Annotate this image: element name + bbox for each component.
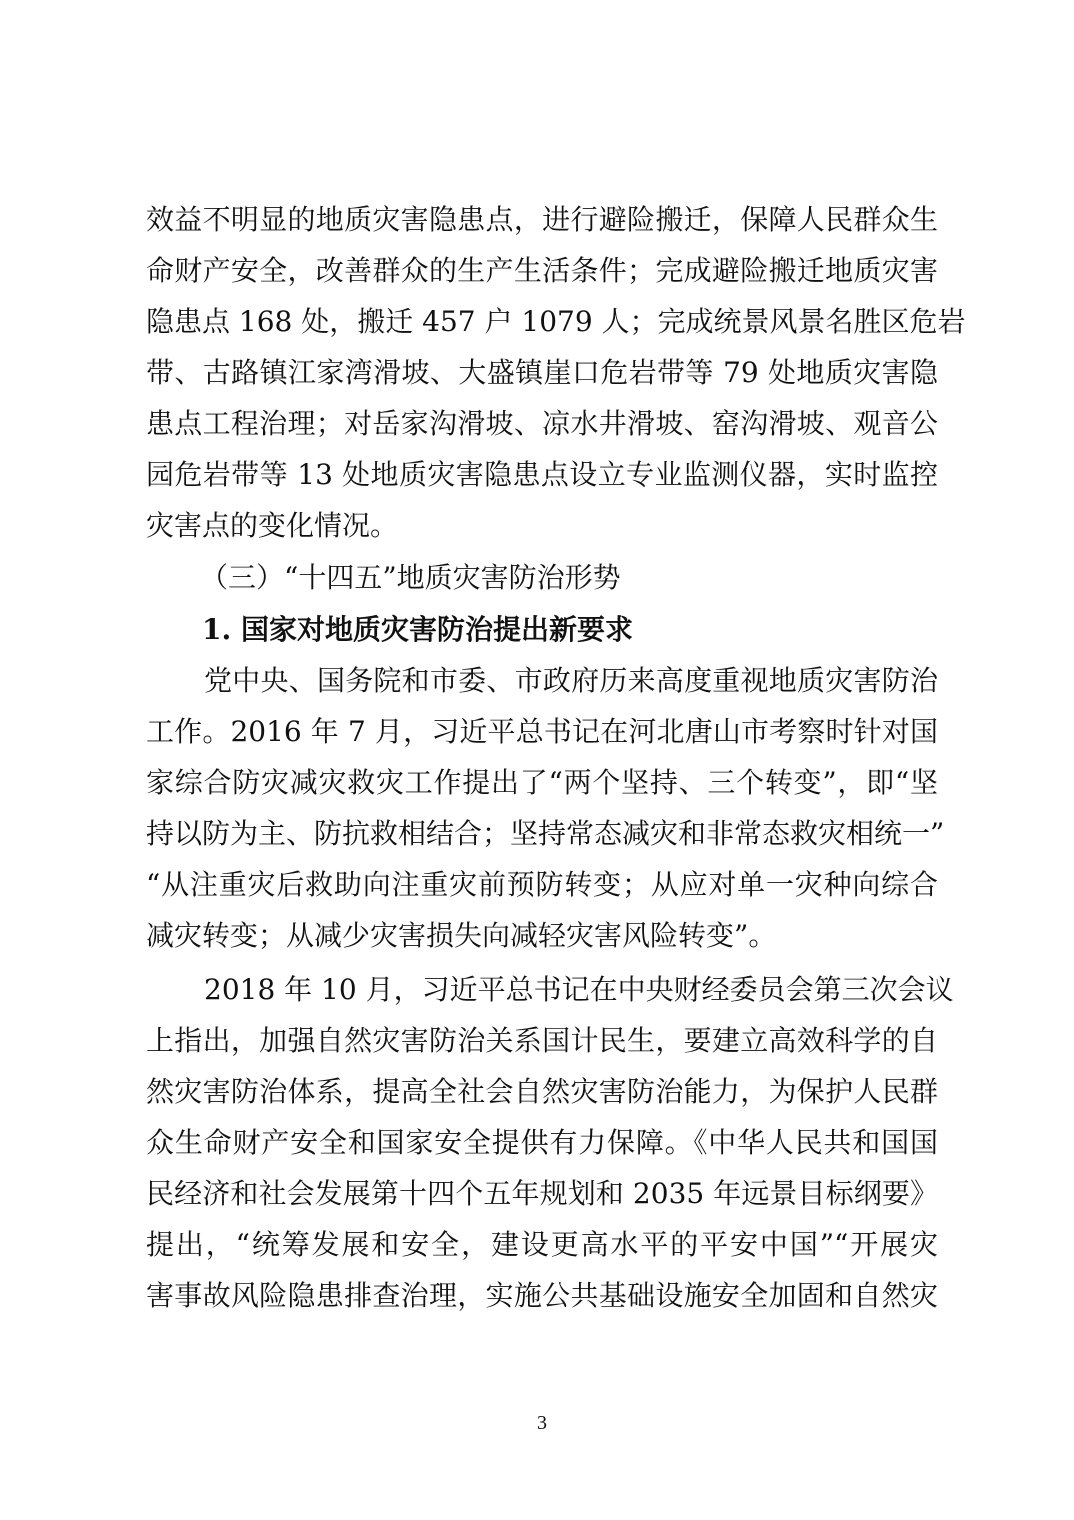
document-page: 效益不明显的地质灾害隐患点，进行避险搬迁，保障人民群众生 命财产安全，改善群众的… — [0, 0, 1074, 1520]
text-line: 害事故风险隐患排查治理，实施公共基础设施安全加固和自然灾 — [146, 1276, 938, 1316]
text-line: 家综合防灾减灾救灾工作提出了“两个坚持、三个转变”，即“坚 — [146, 763, 938, 803]
text-line: 带、古路镇江家湾滑坡、大盛镇崖口危岩带等 79 处地质灾害隐 — [146, 353, 938, 393]
text-line: 众生命财产安全和国家安全提供有力保障。《中华人民共和国国 — [146, 1123, 938, 1163]
text-line: 隐患点 168 处，搬迁 457 户 1079 人；完成统景风景名胜区危岩 — [146, 302, 938, 342]
subsection-heading: 1. 国家对地质灾害防治提出新要求 — [202, 610, 633, 650]
text-line: 民经济和社会发展第十四个五年规划和 2035 年远景目标纲要》 — [146, 1174, 938, 1214]
text-line: 上指出，加强自然灾害防治关系国计民生，要建立高效科学的自 — [146, 1021, 938, 1061]
text-line: 然灾害防治体系，提高全社会自然灾害防治能力，为保护人民群 — [146, 1072, 938, 1112]
text-line: 患点工程治理；对岳家沟滑坡、凉水井滑坡、窑沟滑坡、观音公 — [146, 404, 938, 444]
text-line: 效益不明显的地质灾害隐患点，进行避险搬迁，保障人民群众生 — [146, 200, 938, 240]
section-heading: （三）“十四五”地质灾害防治形势 — [200, 558, 621, 598]
text-line: 工作。2016 年 7 月，习近平总书记在河北唐山市考察时针对国 — [146, 712, 938, 752]
text-line: 命财产安全，改善群众的生产生活条件；完成避险搬迁地质灾害 — [146, 251, 938, 291]
text-line: “从注重灾后救助向注重灾前预防转变；从应对单一灾种向综合 — [146, 865, 938, 905]
text-line: 灾害点的变化情况。 — [146, 506, 938, 546]
page-number: 3 — [527, 1408, 557, 1438]
text-line: 减灾转变；从减少灾害损失向减轻灾害风险转变”。 — [146, 916, 938, 956]
text-line: 持以防为主、防抗救相结合；坚持常态减灾和非常态救灾相统一” — [146, 814, 938, 854]
text-line: 提出，“统筹发展和安全，建设更高水平的平安中国”“开展灾 — [146, 1225, 938, 1265]
text-line: 党中央、国务院和市委、市政府历来高度重视地质灾害防治 — [204, 661, 938, 701]
text-line: 园危岩带等 13 处地质灾害隐患点设立专业监测仪器，实时监控 — [146, 455, 938, 495]
text-line: 2018 年 10 月，习近平总书记在中央财经委员会第三次会议 — [204, 970, 938, 1010]
